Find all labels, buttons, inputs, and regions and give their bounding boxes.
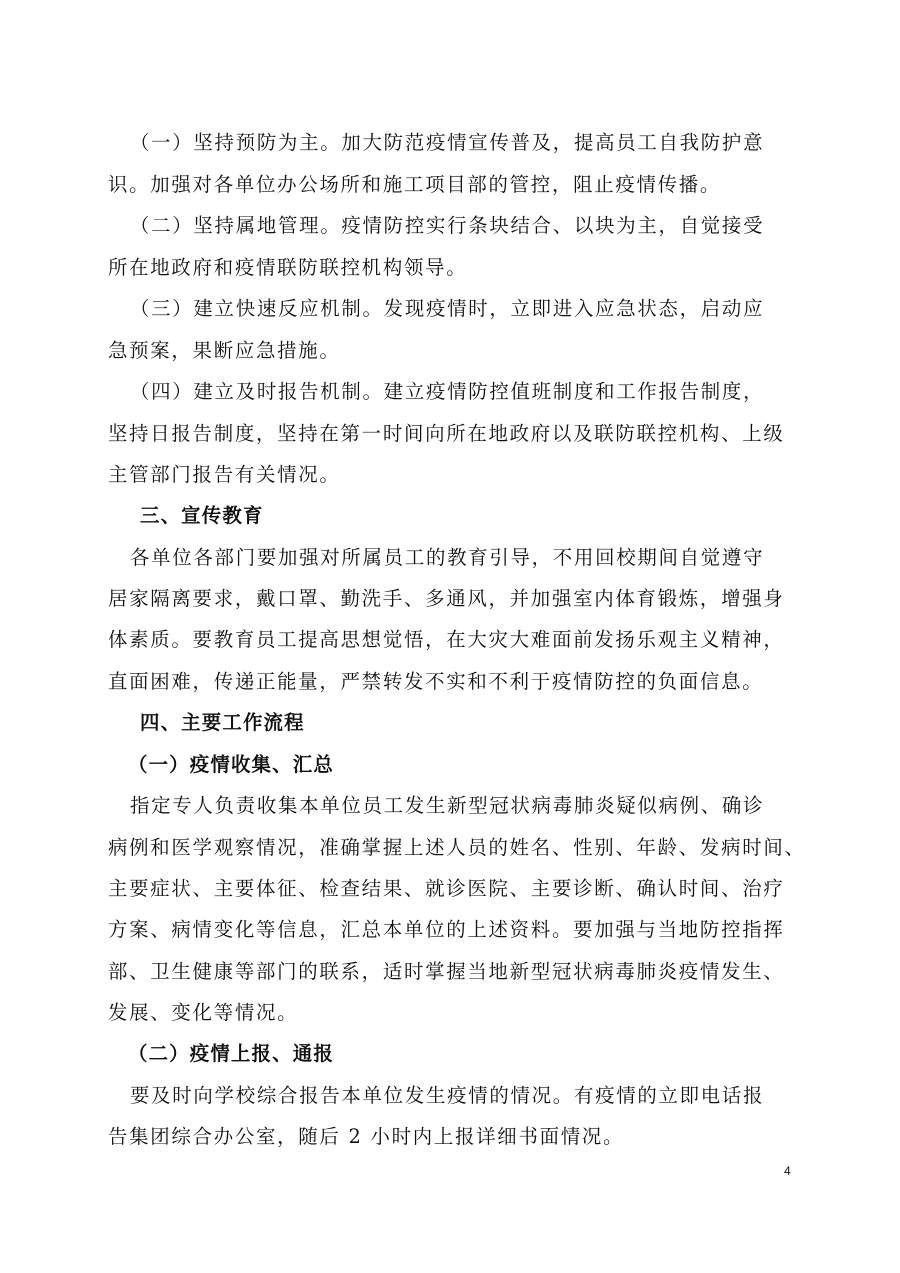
- paragraph-line: （一）坚持预防为主。加大防范疫情宣传普及，提高员工自我防护意: [130, 128, 790, 158]
- paragraph-line: 主要症状、主要体征、检查结果、就诊医院、主要诊断、确认时间、治疗: [108, 874, 788, 904]
- paragraph-line: 直面困难，传递正能量，严禁转发不实和不利于疫情防控的负面信息。: [108, 667, 788, 697]
- paragraph-line: 所在地政府和疫情联防联控机构领导。: [108, 253, 788, 283]
- paragraph-line: 发展、变化等情况。: [108, 998, 788, 1028]
- paragraph-line: 居家隔离要求，戴口罩、勤洗手、多通风，并加强室内体育锻炼，增强身: [108, 584, 788, 614]
- paragraph-line: 指定专人负责收集本单位员工发生新型冠状病毒肺炎疑似病例、确诊: [130, 791, 790, 821]
- paragraph-line: 各单位各部门要加强对所属员工的教育引导，不用回校期间自觉遵守: [130, 543, 790, 573]
- section-heading: 三、宣传教育: [140, 501, 820, 531]
- paragraph-line: 部、卫生健康等部门的联系，适时掌握当地新型冠状病毒肺炎疫情发生、: [108, 957, 788, 987]
- paragraph-line: 体素质。要教育员工提高思想觉悟，在大灾大难面前发扬乐观主义精神，: [108, 625, 788, 655]
- document-page: （一）坚持预防为主。加大防范疫情宣传普及，提高员工自我防护意 识。加强对各单位办…: [0, 0, 900, 1273]
- section-heading: 四、主要工作流程: [140, 708, 820, 738]
- paragraph-line: 坚持日报告制度，坚持在第一时间向所在地政府以及联防联控机构、上级: [108, 419, 788, 449]
- paragraph-line: 识。加强对各单位办公场所和施工项目部的管控，阻止疫情传播。: [108, 170, 788, 200]
- paragraph-line: 要及时向学校综合报告本单位发生疫情的情况。有疫情的立即电话报: [130, 1081, 790, 1111]
- page-number: 4: [784, 1164, 791, 1178]
- paragraph-line: （三）建立快速反应机制。发现疫情时，立即进入应急状态，启动应: [130, 294, 790, 324]
- paragraph-line: （二）坚持属地管理。疫情防控实行条块结合、以块为主，自觉接受: [130, 211, 790, 241]
- subsection-heading: （二）疫情上报、通报: [128, 1039, 808, 1069]
- paragraph-line: 急预案，果断应急措施。: [108, 336, 788, 366]
- subsection-heading: （一）疫情收集、汇总: [128, 750, 808, 780]
- paragraph-line: 方案、病情变化等信息，汇总本单位的上述资料。要加强与当地防控指挥: [108, 915, 788, 945]
- paragraph-line: 告集团综合办公室，随后 2 小时内上报详细书面情况。: [108, 1122, 788, 1152]
- paragraph-line: （四）建立及时报告机制。建立疫情防控值班制度和工作报告制度，: [130, 377, 790, 407]
- paragraph-line: 病例和医学观察情况，准确掌握上述人员的姓名、性别、年龄、发病时间、: [108, 833, 788, 863]
- paragraph-line: 主管部门报告有关情况。: [108, 460, 788, 490]
